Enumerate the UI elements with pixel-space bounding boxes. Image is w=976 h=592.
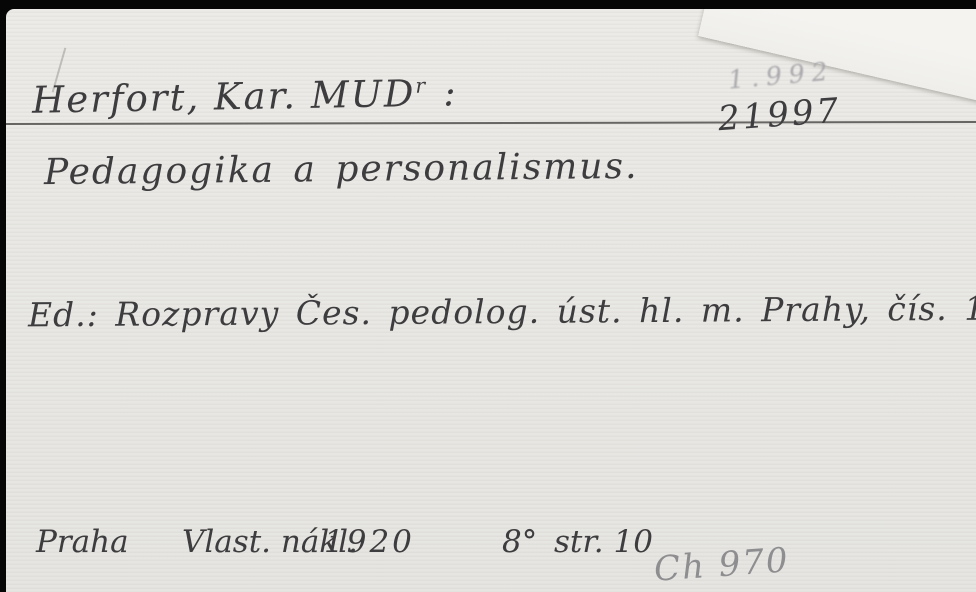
author-colon: : (443, 71, 458, 114)
imprint-year: 1920 (324, 524, 415, 560)
imprint-line: Praha Vlast. nákl. 1920 8° str. 10 (6, 524, 976, 576)
scan-background: 1.992 21997 Herfort, Kar. MUDr: Pedagogi… (0, 0, 976, 592)
shelfmark: Ch 970 (653, 540, 791, 589)
imprint-extent: str. 10 (554, 524, 653, 560)
author-degree-superscript: r (415, 73, 427, 97)
author-heading: Herfort, Kar. MUDr: (32, 71, 458, 121)
work-title: Pedagogika a personalismus. (44, 146, 639, 193)
series-note: Ed.: Rozpravy Čes. pedolog. úst. hl. m. … (28, 289, 976, 335)
accession-number: 21997 (717, 91, 843, 139)
imprint-format: 8° (502, 524, 537, 560)
catalog-card: 1.992 21997 Herfort, Kar. MUDr: Pedagogi… (6, 9, 976, 592)
faded-stamp-number: 1.992 (727, 56, 836, 94)
imprint-place: Praha (36, 524, 129, 560)
author-name: Herfort, Kar. MUD (32, 72, 416, 122)
